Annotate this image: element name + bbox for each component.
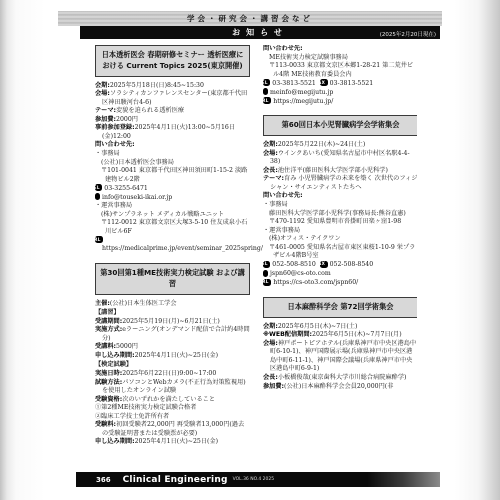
url-badge-icon: URL [263,97,271,104]
field-label: 問い合わせ先: [263,192,303,199]
announcement-line: 試験方法:パソコンとWebカメラ(不正行為対策監視用)を使用したオンライン試験 [95,379,250,396]
field-label: 会場: [263,340,278,347]
announcement-line: 参加費:(公社)日本麻酔科学会会員20,000円(非 [263,383,417,392]
announcement-line: 〒461-0005 愛知県名古屋市東区東桜1-10-9 栄プラザビル4階B号室 [263,244,417,261]
footer-bar: 366 Clinical Engineering VOL.36 NO.4 202… [76,472,440,487]
announcement-line: 会場:神戸ポートピアホテル(兵庫県神戸市中央区港島中町6-10-1)、神戸国際展… [263,340,417,374]
announcement-line: ※WEB配信期間:2025年6月5日(木)~7月7日(月) [263,331,417,340]
announcement-line: テーマ:育み 小児腎臓病学の未来を築く 次世代のフィジシャン・サイエンティストた… [263,175,417,192]
field-label: 会期: [263,323,278,330]
announcement-block: 第30回第1種ME技術実力検定試験 および講習主催:(公社)日本生体医工学会【講… [95,263,250,447]
announcement-block: 日本透析医会 春期研修セミナー 透析医療における Current Topics … [95,45,250,254]
contact-value: 052-508-8540 [330,261,374,268]
announcement-line: 〒101-0041 東京都千代田区神田須田町1-15-2 淡路建物ビル2階 [95,167,250,184]
fax-badge-icon: FAX [320,79,328,86]
announcement-line: URLhttps://cs-oto3.com/jspn60/ [263,279,417,288]
category-band: 学会・研究会・講習会など [58,11,442,26]
field-label: 参加費: [95,116,116,123]
announcement-line: ・事務局 [95,150,250,159]
announcement-line: 受験料:初回受験者22,000円 再受験者13,000円(過去の受験証明書または… [95,421,250,438]
announcement-line: 会期:2025年5月22日(木)~24日(土) [263,141,417,150]
tel-badge-icon: TEL [95,184,102,191]
announcement-line: 実施日時:2025年6月22日(日)9:00~17:00 [95,370,250,379]
field-label: 会期: [95,82,110,89]
field-label: 主催: [95,300,110,307]
announcement-line: 実施方式:eラーニング(オンデマンド配信で合計約4時間分) [95,326,250,343]
contact-value: 03-3813-5521 [330,80,374,87]
announcement-line: 申し込み期間:2025年4月1日(火)~25日(金) [95,438,250,447]
announcement-line: 【検定試験】 [95,361,250,370]
announcement-line: 問い合わせ先: [95,141,250,150]
field-label: ※WEB配信期間: [263,331,312,338]
announcement-title: 第60回日本小児腎臓病学会学術集会 [263,115,417,136]
contact-value: https://medicalprime.jp/event/seminar_20… [102,245,263,252]
contact-value: meinfo@megijutu.jp [270,89,333,96]
announcement-title: 日本麻酔科学会 第72回学術集会 [263,297,417,318]
field-label: 問い合わせ先: [263,45,303,52]
contact-value: 03-3813-5521 [272,80,316,87]
announcement-line: 会期:2025年6月5日(木)~7日(土) [263,323,417,332]
announcement-block: 第60回日本小児腎臓病学会学術集会会期:2025年5月22日(木)~24日(土)… [263,115,417,288]
notice-band: お知らせ (2025年2月20日現在) [80,26,440,39]
announcement-line: TEL052-508-8510FAX052-508-8540 [263,261,417,270]
announcement-line: 受験資格:次のいずれかを満たしていること [95,396,250,405]
journal-title: Clinical Engineering [123,475,228,485]
announcement-line: 問い合わせ先: [263,45,417,54]
field-label: 会期: [263,141,278,148]
announcement-line: ✉jspn60@cs-oto.com [263,270,417,279]
announcement-line: ✉meinfo@megijutu.jp [263,88,417,97]
announcement-line: 受講期間:2025年5月19日(月)~6月21日(土) [95,318,250,327]
announcement-line: テーマ:変貌を迫られる透析医療 [95,107,250,116]
announcement-line: ・事務局 [263,201,417,210]
announcement-title: 日本透析医会 春期研修セミナー 透析医療における Current Topics … [95,45,250,77]
field-label: 会長: [263,167,278,174]
announcement-line: 会長:小板橋俊哉(東京歯科大学市川総合病院麻酔学) [263,374,417,383]
field-label: 実施日時: [95,370,122,377]
contact-value: https://megijutu.jp/ [273,98,333,105]
field-label: 参加費: [263,383,284,390]
field-label: 受験料: [95,421,116,428]
announcement-line: 主催:(公社)日本生体医工学会 [95,300,250,309]
announcement-line: ①第2種ME技術実力検定試験合格者 [95,404,250,413]
field-label: 事前参加登録: [95,124,135,131]
right-column: 問い合わせ先:ME技術実力検定試験事務局〒113-0033 東京都文京区本郷1-… [263,45,417,467]
announcement-line: URLhttps://medicalprime.jp/event/seminar… [95,236,250,254]
contact-value: jspn60@cs-oto.com [270,270,331,277]
announcement-title: 第30回第1種ME技術実力検定試験 および講習 [95,263,250,295]
field-label: 受講料: [95,343,116,350]
announcement-block: 日本麻酔科学会 第72回学術集会会期:2025年6月5日(木)~7日(土)※WE… [263,297,417,391]
field-label: 受講期間: [95,318,122,325]
field-label: テーマ: [263,175,284,182]
announcement-line: ✉info@touseki-ikai.or.jp [95,193,250,202]
url-badge-icon: URL [263,279,271,286]
field-label: 申し込み期間: [95,352,135,359]
announcement-line: 【講習】 [95,309,250,318]
announcement-line: 会場:ウインクあいち(愛知県名古屋市中村区名駅4-4-38) [263,150,417,167]
announcement-line: 会期:2025年5月18日(日)8:45~15:30 [95,82,250,91]
announcement-line: TEL03-3813-5521FAX03-3813-5521 [263,79,417,88]
field-label: 会場: [95,90,110,97]
mail-badge-icon: ✉ [263,270,268,277]
field-label: 申し込み期間: [95,438,135,445]
announcement-line: 申し込み期間:2025年4月1日(火)~25日(金) [95,352,250,361]
contact-value: 052-508-8510 [272,261,316,268]
announcement-line: 藤田医科大学医学部小児科学(事務局長:熊谷直憲) [263,210,417,219]
announcement-line: 会場:ソラシティカンファレンスセンター(東京都千代田区神田駿河台4-6) [95,90,250,107]
contact-value: info@touseki-ikai.or.jp [102,194,172,201]
as-of-date: (2025年2月20日現在) [380,30,436,38]
announcement-block: 問い合わせ先:ME技術実力検定試験事務局〒113-0033 東京都文京区本郷1-… [263,45,417,106]
announcement-line: 受講料:5000円 [95,343,250,352]
announcement-line: 〒470-1192 愛知県豊明市沓掛町田楽ヶ窪1-98 [263,218,417,227]
announcement-line: (株)オフィス・テイクワン [263,235,417,244]
announcement-line: (公社)日本透析医会事務局 [95,159,250,168]
field-label: 会長: [263,374,278,381]
contact-value: https://cs-oto3.com/jspn60/ [273,279,358,286]
volume-info: VOL.36 NO.4 2025 [233,477,275,482]
field-label: テーマ: [95,107,116,114]
fax-badge-icon: FAX [320,261,328,268]
tel-badge-icon: TEL [263,261,270,268]
field-label: 受験資格: [95,396,122,403]
mail-badge-icon: ✉ [95,193,100,200]
category-label: 学会・研究会・講習会など [187,13,313,24]
announcement-line: 問い合わせ先: [263,192,417,201]
notice-title: お知らせ [232,27,288,38]
announcement-line: 〒113-0033 東京都文京区本郷1-28-21 第二荒井ビル4階 ME技術教… [263,62,417,79]
announcement-line: ME技術実力検定試験事務局 [263,54,417,63]
page-number: 366 [96,476,111,484]
announcement-line: ②臨床工学技士免許所有者 [95,413,250,422]
announcement-line: TEL03-3255-6471 [95,184,250,193]
announcement-line: ・運営事務局 [263,227,417,236]
mail-badge-icon: ✉ [263,88,268,95]
field-label: 会場: [263,150,278,157]
field-label: 実施方式: [95,326,122,333]
left-column: 日本透析医会 春期研修セミナー 透析医療における Current Topics … [95,45,250,467]
announcements-content: 日本透析医会 春期研修セミナー 透析医療における Current Topics … [95,45,417,467]
url-badge-icon: URL [95,236,103,243]
field-label: 試験方法: [95,379,122,386]
tel-badge-icon: TEL [263,79,270,86]
field-label: 問い合わせ先: [95,141,135,148]
contact-value: 03-3255-6471 [104,185,148,192]
announcement-line: 〒112-0012 東京都文京区大塚3-5-10 住友成泉小石川ビル6F [95,219,250,236]
announcement-line: ・運営事務局 [95,202,250,211]
announcement-line: 事前参加登録:2025年4月1日(火)13:00~5月16日(金)12:00 [95,124,250,141]
announcement-line: URLhttps://megijutu.jp/ [263,97,417,106]
